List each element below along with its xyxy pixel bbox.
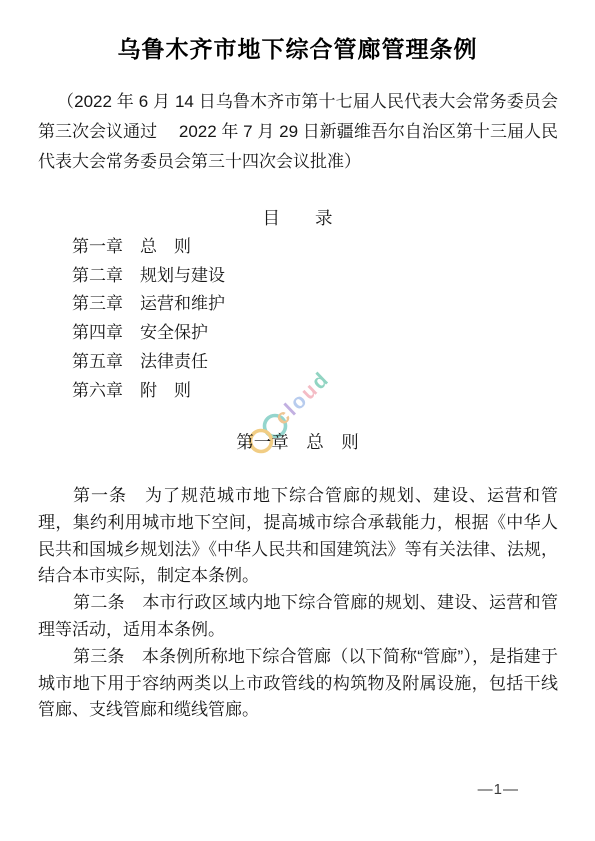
toc-heading: 目 录 — [0, 206, 595, 230]
document-title: 乌鲁木齐市地下综合管廊管理条例 — [0, 31, 595, 64]
toc-item: 第二章 规划与建设 — [72, 262, 225, 291]
toc-item: 第四章 安全保护 — [72, 319, 225, 348]
chapter-heading: 第一章 总 则 — [0, 430, 595, 454]
toc-item: 第三章 运营和维护 — [72, 290, 225, 319]
page-number: —1— — [478, 781, 519, 798]
article-paragraph: 第三条 本条例所称地下综合管廊（以下简称“管廊”），是指建于城市地下用于容纳两类… — [38, 644, 558, 724]
toc-item: 第六章 附 则 — [72, 377, 225, 406]
toc-item: 第五章 法律责任 — [72, 348, 225, 377]
articles-section: 第一条 为了规范城市地下综合管廊的规划、建设、运营和管理，集约利用城市地下空间，… — [38, 483, 558, 724]
article-paragraph: 第二条 本市行政区域内地下综合管廊的规划、建设、运营和管理等活动，适用本条例。 — [38, 590, 558, 644]
toc-item: 第一章 总 则 — [72, 233, 225, 262]
article-paragraph: 第一条 为了规范城市地下综合管廊的规划、建设、运营和管理，集约利用城市地下空间，… — [38, 483, 558, 590]
toc-list: 第一章 总 则第二章 规划与建设第三章 运营和维护第四章 安全保护第五章 法律责… — [72, 233, 225, 405]
watermark-text: cloud — [270, 367, 333, 429]
document-page: cloud 乌鲁木齐市地下综合管廊管理条例 （2022 年 6 月 14 日乌鲁… — [0, 0, 595, 841]
adoption-preamble: （2022 年 6 月 14 日乌鲁木齐市第十七届人民代表大会常务委员会第三次会… — [38, 87, 558, 177]
